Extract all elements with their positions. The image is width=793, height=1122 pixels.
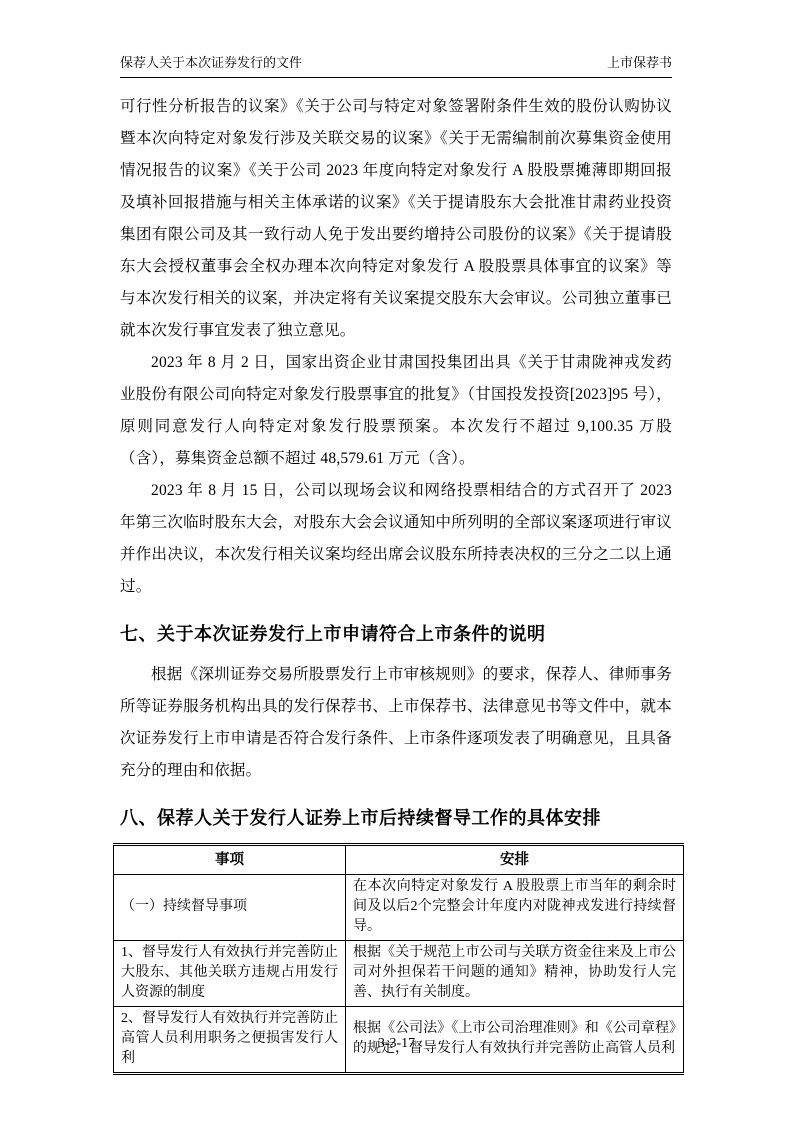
table-header-item: 事项 [114, 845, 346, 875]
document-page: 保荐人关于本次证券发行的文件 上市保荐书 可行性分析报告的议案》《关于公司与特定… [0, 0, 793, 1075]
paragraph-approval: 2023 年 8 月 2 日，国家出资企业甘肃国投集团出具《关于甘肃陇神戎发药业… [120, 347, 672, 475]
paragraph-shareholder-meeting: 2023 年 8 月 15 日，公司以现场会议和网络投票相结合的方式召开了 20… [120, 475, 672, 603]
paragraph-listing-conditions: 根据《深圳证券交易所股票发行上市审核规则》的要求，保荐人、律师事务所等证券服务机… [120, 659, 672, 787]
header-right-label: 上市保荐书 [607, 54, 672, 71]
table-header-arrangement: 安排 [346, 845, 684, 875]
header-left-label: 保荐人关于本次证券发行的文件 [120, 54, 302, 71]
page-header: 保荐人关于本次证券发行的文件 上市保荐书 [120, 54, 672, 78]
section-7-heading: 七、关于本次证券发行上市申请符合上市条件的说明 [120, 620, 672, 646]
table-row: （一）持续督导事项 在本次向特定对象发行 A 股股票上市当年的剩余时间及以后2个… [114, 875, 684, 941]
page-number: 3-3-17 [0, 1036, 793, 1052]
table-cell-arrangement: 根据《关于规范上市公司与关联方资金往来及上市公司对外担保若干问题的通知》精神，协… [346, 941, 684, 1007]
table-cell-arrangement: 在本次向特定对象发行 A 股股票上市当年的剩余时间及以后2个完整会计年度内对陇神… [346, 875, 684, 941]
table-header-row: 事项 安排 [114, 845, 684, 875]
table-cell-item: 1、督导发行人有效执行并完善防止大股东、其他关联方违规占用发行人资源的制度 [114, 941, 346, 1007]
supervision-table-head: 事项 安排 [114, 845, 684, 875]
section-8-heading: 八、保荐人关于发行人证券上市后持续督导工作的具体安排 [120, 804, 672, 830]
table-row: 1、督导发行人有效执行并完善防止大股东、其他关联方违规占用发行人资源的制度 根据… [114, 941, 684, 1007]
paragraph-resolutions: 可行性分析报告的议案》《关于公司与特定对象签署附条件生效的股份认购协议暨本次向特… [120, 91, 672, 347]
table-cell-item: （一）持续督导事项 [114, 875, 346, 941]
